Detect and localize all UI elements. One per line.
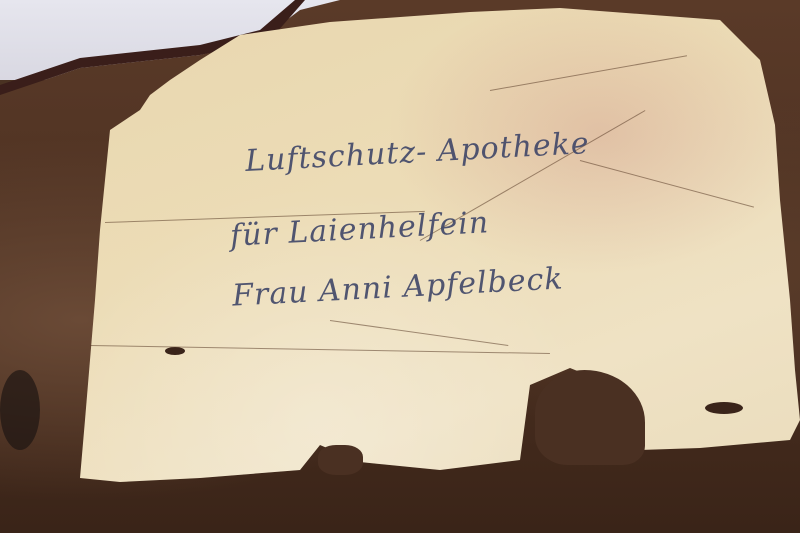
paper-hole-small bbox=[705, 402, 743, 414]
leather-dark-spot bbox=[0, 370, 40, 450]
paper-hole-bottom bbox=[318, 445, 363, 475]
paper-hole-mid bbox=[165, 347, 185, 355]
